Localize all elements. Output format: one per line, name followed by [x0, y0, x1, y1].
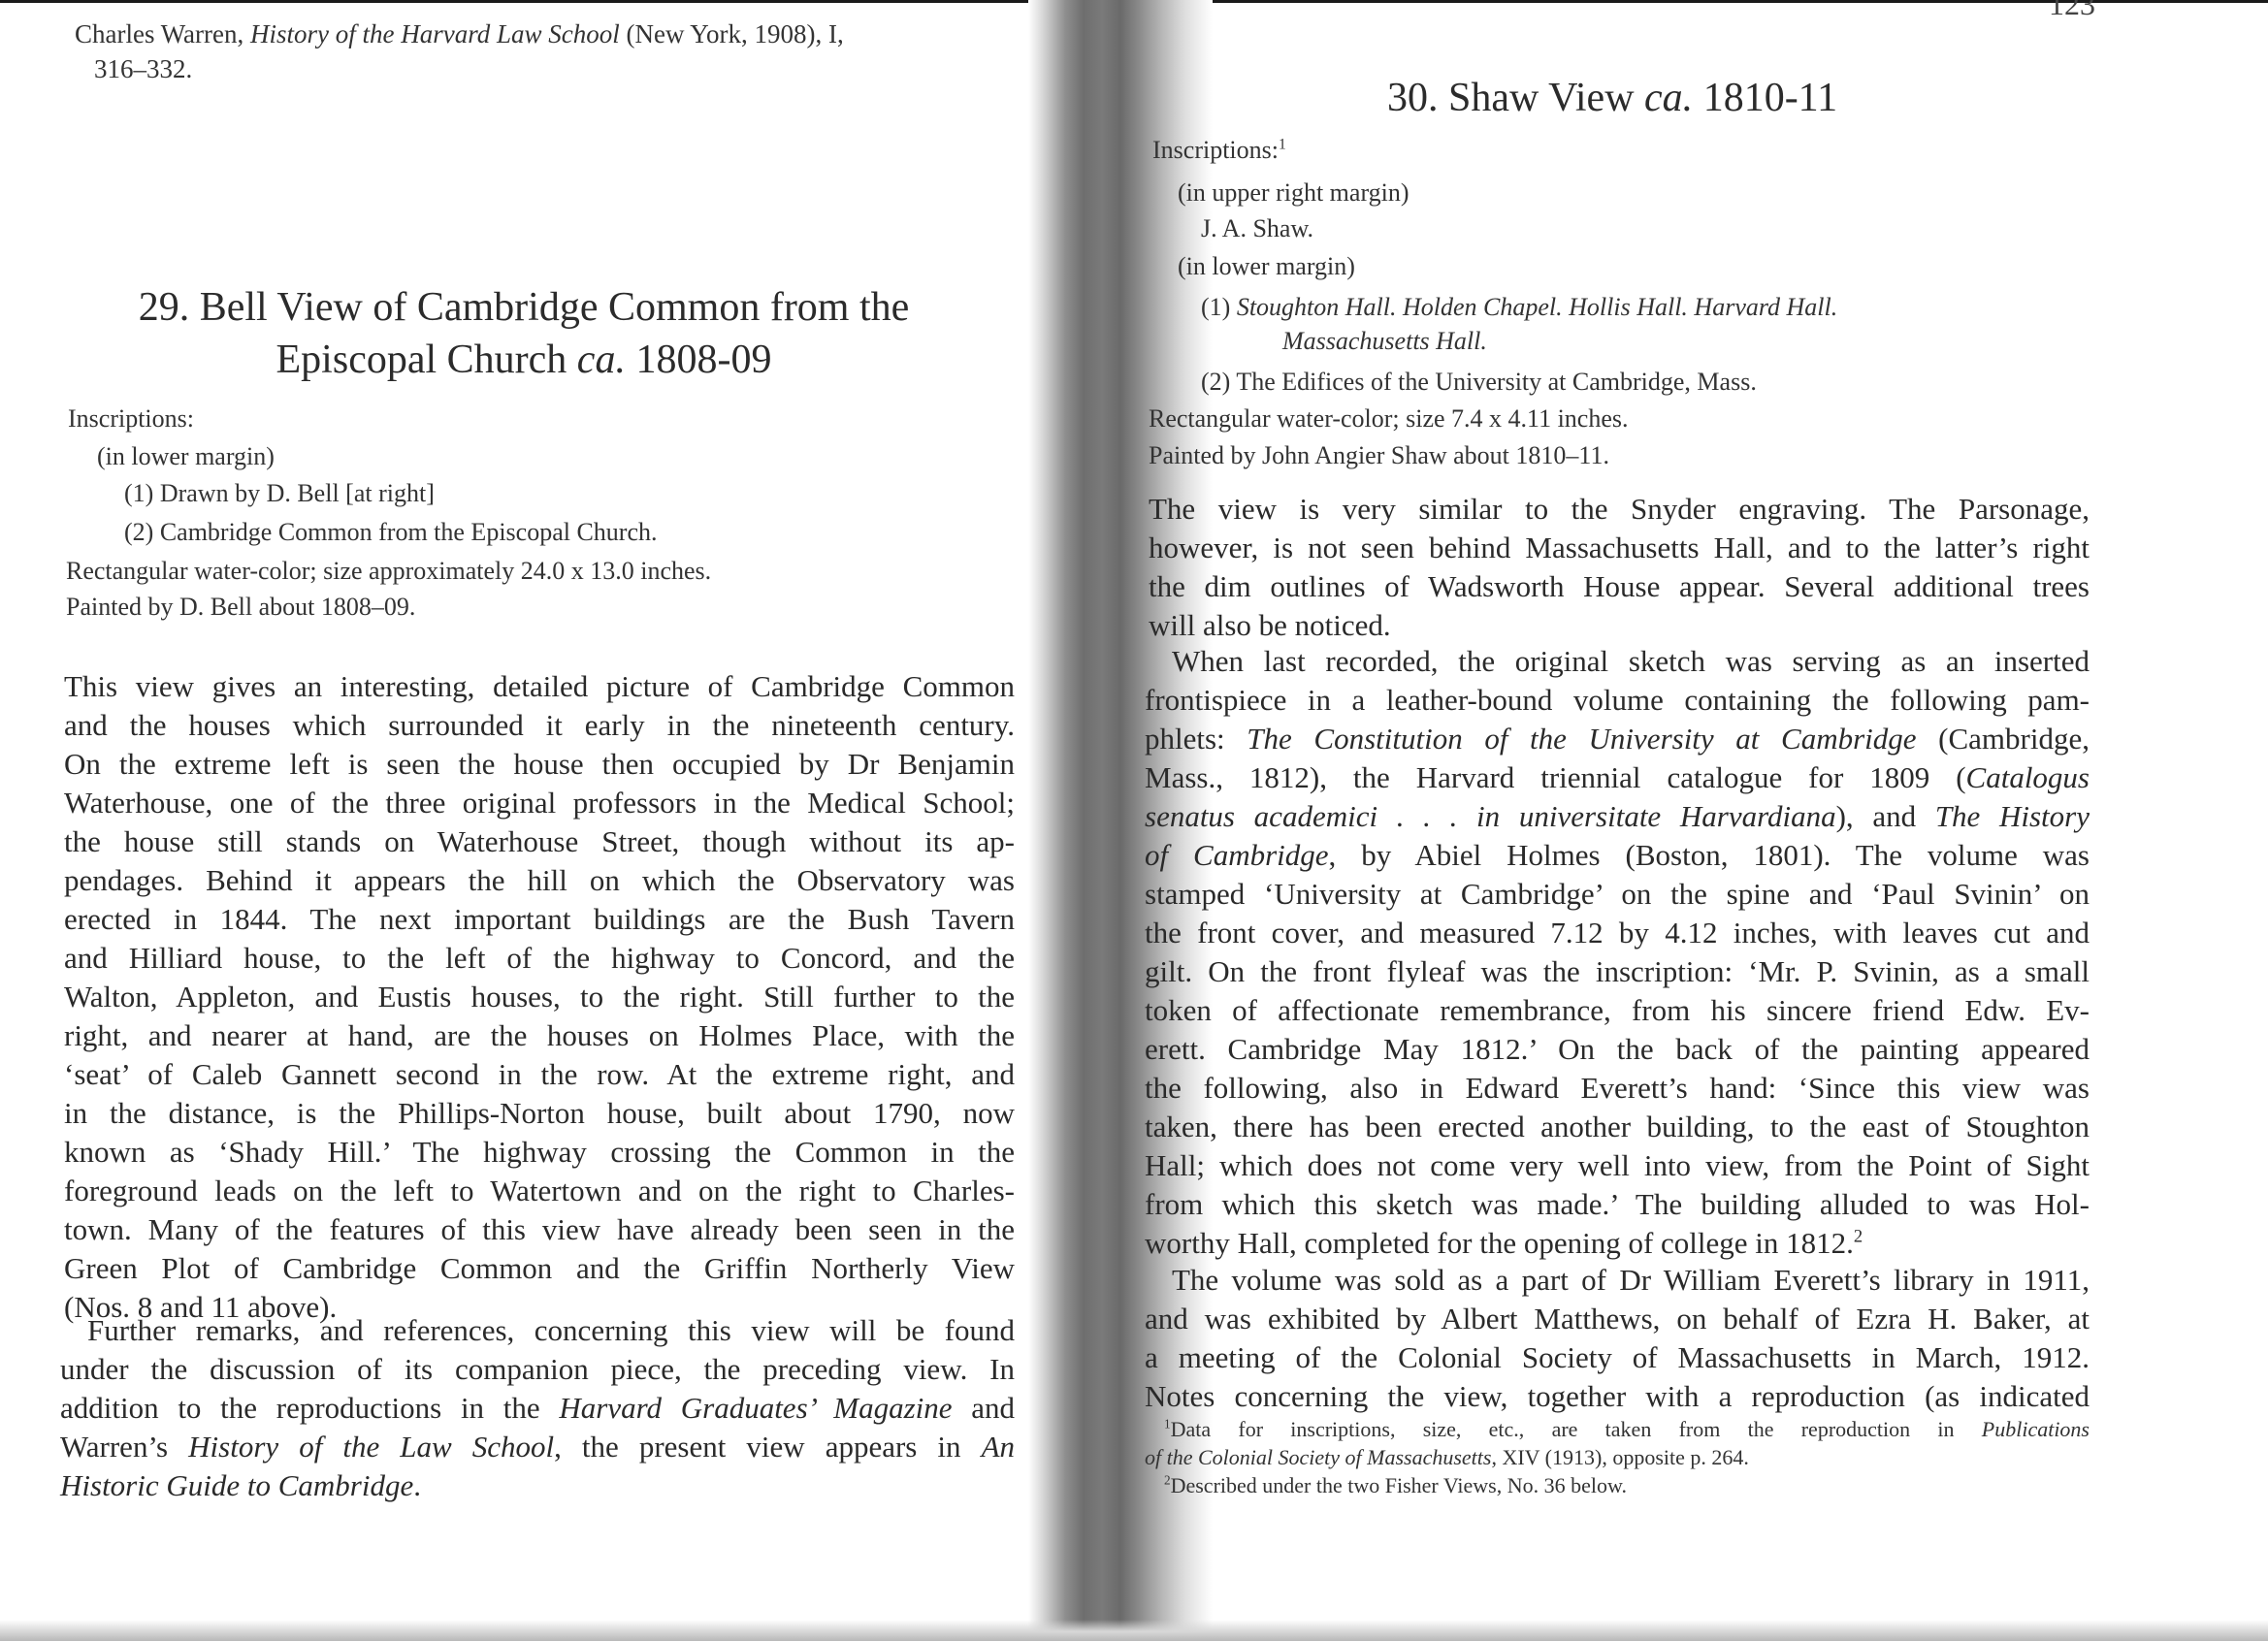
text-line: a meeting of the Colonial Society of Mas… [1145, 1338, 2090, 1377]
text-line: the following, also in Edward Everett’s … [1145, 1069, 2090, 1108]
footnote-marker: 1 [1164, 1417, 1171, 1432]
inscription-location-lower: (in lower margin) [1178, 248, 1355, 284]
footnote-1-cont: of the Colonial Society of Massachusetts… [1145, 1444, 1749, 1470]
inscription-item-1-cont: Massachusetts Hall. [1282, 323, 1487, 359]
text-line: taken, there has been erected another bu… [1145, 1108, 2090, 1146]
text-line: and Hilliard house, to the left of the h… [64, 939, 1015, 978]
citation-book-title: History of the Harvard Law School [250, 19, 620, 48]
text-line: erected in 1844. The next important buil… [64, 900, 1015, 939]
painter-description: Painted by John Angier Shaw about 1810–1… [1149, 437, 1609, 473]
inscriptions-label: Inscriptions: [68, 401, 194, 436]
text-line: Walton, Appleton, and Eustis houses, to … [64, 978, 1015, 1016]
text-line: town. Many of the features of this view … [64, 1210, 1015, 1249]
text-line: Notes concerning the view, together with… [1145, 1377, 2090, 1416]
text-line: The volume was sold as a part of Dr Will… [1145, 1261, 2090, 1300]
text-line: the house still stands on Waterhouse Str… [64, 822, 1015, 861]
footnote-2: 2Described under the two Fisher Views, N… [1164, 1472, 1627, 1498]
footnote-1: 1Data for inscriptions, size, etc., are … [1164, 1416, 2090, 1442]
text-line: addition to the reproductions in the Har… [60, 1389, 1015, 1428]
text-line: senatus academici . . . in universitate … [1145, 797, 2090, 836]
entry-29-heading-line1: 29. Bell View of Cambridge Common from t… [58, 281, 989, 334]
text-line: will also be noticed. [1149, 606, 2090, 645]
footnote-marker: 2 [1854, 1227, 1863, 1247]
footnote-marker: 2 [1164, 1473, 1171, 1488]
text-line: This view gives an interesting, detailed… [64, 667, 1015, 706]
text-line: On the extreme left is seen the house th… [64, 745, 1015, 784]
text-line: ‘seat’ of Caleb Gannett second in the ro… [64, 1055, 1015, 1094]
text-line: right, and nearer at hand, are the house… [64, 1016, 1015, 1055]
entry-29-paragraph-1: This view gives an interesting, detailed… [64, 667, 1015, 1327]
text-line: the dim outlines of Wadsworth House appe… [1149, 567, 2090, 606]
text-line: from which this sketch was made.’ The bu… [1145, 1185, 2090, 1224]
text-line: phlets: The Constitution of the Universi… [1145, 720, 2090, 758]
text-line: token of affectionate remembrance, from … [1145, 991, 2090, 1030]
footnote-marker: 1 [1279, 136, 1286, 152]
text-line: Warren’s History of the Law School, the … [60, 1428, 1015, 1466]
text-line: and was exhibited by Albert Matthews, on… [1145, 1300, 2090, 1338]
inscription-item-1: (1) Drawn by D. Bell [at right] [124, 475, 435, 511]
text-line: erett. Cambridge May 1812.’ On the back … [1145, 1030, 2090, 1069]
text-line: When last recorded, the original sketch … [1145, 642, 2090, 681]
entry-30-paragraph-1: The view is very similar to the Snyder e… [1149, 490, 2090, 645]
entry-29-heading-line2: Episcopal Church ca. 1808-09 [58, 334, 989, 386]
page-bottom-edge [0, 1620, 2268, 1641]
text-line: The view is very similar to the Snyder e… [1149, 490, 2090, 529]
entry-30-paragraph-3: The volume was sold as a part of Dr Will… [1145, 1261, 2090, 1416]
page-number: 123 [2049, 0, 2095, 22]
text-line: under the discussion of its companion pi… [60, 1350, 1015, 1389]
inscription-location-upper: (in upper right margin) [1178, 175, 1409, 210]
entry-30-heading: 30. Shaw View ca. 1810-11 [1387, 72, 1837, 124]
text-line: Mass., 1812), the Harvard triennial cata… [1145, 758, 2090, 797]
inscription-location: (in lower margin) [97, 438, 275, 474]
inscription-item-2: (2) The Edifices of the University at Ca… [1201, 364, 1757, 400]
inscription-item-2: (2) Cambridge Common from the Episcopal … [124, 514, 658, 550]
text-line: worthy Hall, completed for the opening o… [1145, 1224, 2090, 1263]
entry-29-paragraph-2: Further remarks, and references, concern… [60, 1311, 1015, 1505]
medium-description: Rectangular water-color; size approximat… [66, 553, 711, 589]
text-line: foreground leads on the left to Watertow… [64, 1172, 1015, 1210]
text-line: frontispiece in a leather-bound volume c… [1145, 681, 2090, 720]
inscriptions-label: Inscriptions:1 [1152, 132, 1286, 168]
text-line: Historic Guide to Cambridge. [60, 1466, 1015, 1505]
painter-description: Painted by D. Bell about 1808–09. [66, 589, 415, 625]
text-line: of Cambridge, by Abiel Holmes (Boston, 1… [1145, 836, 2090, 875]
text-line: in the distance, is the Phillips-Norton … [64, 1094, 1015, 1133]
text-line: gilt. On the front flyleaf was the inscr… [1145, 952, 2090, 991]
text-line: the front cover, and measured 7.12 by 4.… [1145, 914, 2090, 952]
text-line: known as ‘Shady Hill.’ The highway cross… [64, 1133, 1015, 1172]
text-line: Green Plot of Cambridge Common and the G… [64, 1249, 1015, 1288]
text-line: Further remarks, and references, concern… [60, 1311, 1015, 1350]
entry-30-paragraph-2: When last recorded, the original sketch … [1145, 642, 2090, 1263]
footnote-citation-line2: 316–332. [94, 52, 192, 85]
inscription-item-1: (1) Stoughton Hall. Holden Chapel. Holli… [1201, 289, 1837, 325]
text-line: Hall; which does not come very well into… [1145, 1146, 2090, 1185]
footnote-citation-line1: Charles Warren, History of the Harvard L… [75, 17, 844, 50]
medium-description: Rectangular water-color; size 7.4 x 4.11… [1149, 401, 1629, 436]
text-line: stamped ‘University at Cambridge’ on the… [1145, 875, 2090, 914]
text-line: pendages. Behind it appears the hill on … [64, 861, 1015, 900]
text-line: however, is not seen behind Massachusett… [1149, 529, 2090, 567]
text-line: and the houses which surrounded it early… [64, 706, 1015, 745]
text-line: Waterhouse, one of the three original pr… [64, 784, 1015, 822]
inscription-upper-text: J. A. Shaw. [1201, 210, 1313, 246]
